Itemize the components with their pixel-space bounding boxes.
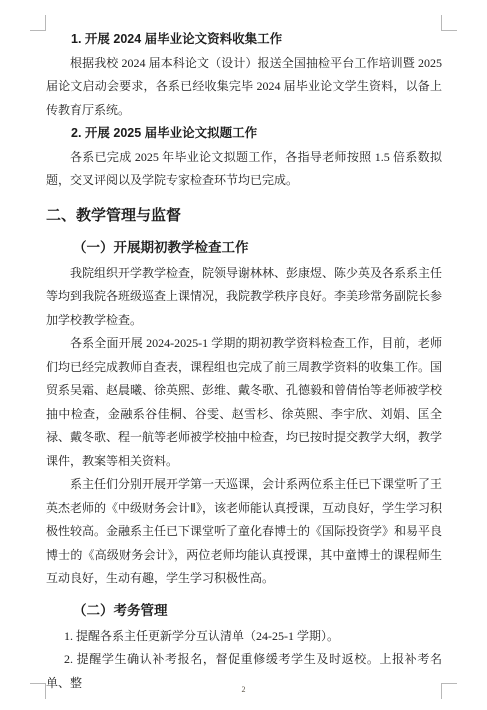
paragraph: 各系已完成 2025 年毕业论文拟题工作，各指导老师按照 1.5 倍系数拟题，交… [46,146,442,193]
margin-crop-mark-top-right [441,15,457,31]
page-number: 2 [0,685,487,695]
numbered-heading-1: 1. 开展 2024 届毕业论文资料收集工作 [46,28,442,52]
document-page: 1. 开展 2024 届毕业论文资料收集工作 根据我校 2024 届本科论文（设… [0,0,487,710]
subsection-heading-initial-inspection: （一）开展期初教学检查工作 [46,236,442,259]
page-body: 1. 开展 2024 届毕业论文资料收集工作 根据我校 2024 届本科论文（设… [46,28,442,695]
paragraph: 根据我校 2024 届本科论文（设计）报送全国抽检平台工作培训暨 2025 届论… [46,52,442,123]
subsection-heading-exam-management: （二）考务管理 [46,599,442,622]
paragraph: 各系全面开展 2024-2025-1 学期的期初教学资料检查工作，目前，老师们均… [46,332,442,473]
numbered-heading-2: 2. 开展 2025 届毕业论文拟题工作 [46,122,442,146]
section-heading-teaching-management: 二、教学管理与监督 [46,203,442,228]
list-item-1: 1. 提醒各系主任更新学分互认清单（24-25-1 学期）。 [46,625,442,649]
margin-crop-mark-top-left [30,15,46,31]
paragraph: 系主任们分别开展开学第一天巡课，会计系两位系主任已下课堂听了王英杰老师的《中级财… [46,473,442,591]
paragraph: 我院组织开学教学检查，院领导谢林林、彭康煜、陈少英及各系系主任等均到我院各班级巡… [46,262,442,333]
